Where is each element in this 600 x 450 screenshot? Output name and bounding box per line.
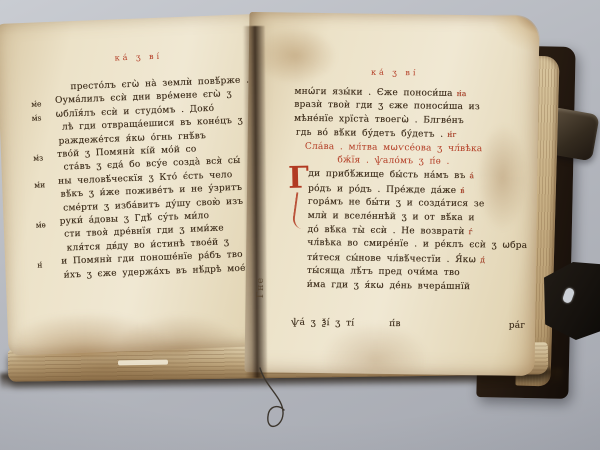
rubric-text: бж́їя . ѱало́мъ ʒ п́ѳ . <box>337 155 449 167</box>
left-page-text: престо́лъ єгѡ̀ на̀ землѝ повѣ́рже .м́еОу… <box>54 74 262 283</box>
line-text: гора́мъ не бы́ти ʒ и созда́тися зе <box>308 197 485 209</box>
rubric-block: Сла́ва . мл́тва мѡѵсе́ова ʒ чл́вѣкабж́їя… <box>293 140 493 170</box>
text-line: и́ма гди ʒ я́кѡ де́нь вчера́шнїй <box>307 279 492 295</box>
clasp-slot <box>562 287 576 304</box>
paper-sliver <box>118 360 168 366</box>
loose-thread <box>238 360 308 440</box>
gutter-inscription: Гне <box>255 277 266 298</box>
line-text: чл́вѣка во смире́нїе . и ре́клъ єсѝ ʒ ѡб… <box>307 238 527 251</box>
line-text: мѣне́нїе хрїста̀ твоегѡ̀ . Блгве́нъ <box>294 113 464 125</box>
folio-footer: ѱа́ ʒ ѯі́ ʒ ті́ п́в ра́г <box>291 317 507 334</box>
margin-verse-number: м́з <box>33 151 43 165</box>
line-text: до́ вѣ́ка ты̀ єсѝ . Не возвратѝ <box>307 225 464 237</box>
line-text: ди прибѣ́жище бы́сть на́мъ въ <box>308 169 465 181</box>
rubric-text: Сла́ва . мл́тва мѡѵсе́ова ʒ чл́вѣка <box>305 141 483 153</box>
margin-verse-number: м́ѳ <box>36 218 46 232</box>
footer-quire-mark: п́в <box>389 318 401 332</box>
margin-verse-number: н́ <box>37 259 43 273</box>
ornate-initial-letter: Г <box>288 164 310 194</box>
footer-psalm-marks: ѱа́ ʒ ѯі́ ʒ ті́ <box>291 317 354 331</box>
line-text: мнѡ́ги язы́ки . Єже поноси́ша <box>294 87 452 99</box>
left-page: ка́ ʒ ві́ престо́лъ єгѡ̀ на̀ землѝ повѣ́… <box>0 14 281 356</box>
photograph-open-psalter: ка́ ʒ ві́ престо́лъ єгѡ̀ на̀ землѝ повѣ́… <box>0 0 600 450</box>
margin-verse-number: м́е <box>31 98 42 112</box>
psalm-88-end-block: мнѡ́ги язы́ки . Єже поноси́шан́авразѝ тв… <box>294 85 495 143</box>
line-text: вразѝ твоѝ гди ʒ єже поноси́ша из <box>294 100 480 113</box>
line-text: млѝ и вселе́ннѣй ʒ и от вѣ́ка и <box>308 210 475 222</box>
inline-verse-number: ѓ <box>468 227 472 236</box>
psalm-89-lines: ди прибѣ́жище бы́сть на́мъ въа́ро́дъ и р… <box>307 167 494 294</box>
line-text: гдь во́ вѣ́ки бу́детъ бу́детъ . <box>296 128 444 140</box>
inline-verse-number: а́ <box>469 172 474 181</box>
kathisma-header-right: ка́ ʒ ві́ <box>295 67 495 79</box>
line-text: ти́теся сы́нове чл́вѣ́честїи . Я́кѡ <box>307 253 476 265</box>
margin-verse-number: м́ѕ <box>31 111 41 125</box>
right-page: ка́ ʒ ві́ мнѡ́ги язы́ки . Єже поноси́шан… <box>245 12 540 376</box>
inline-verse-number: в́ <box>460 186 465 195</box>
line-text: и́ма гди ʒ я́кѡ де́нь вчера́шнїй <box>307 280 471 292</box>
inline-verse-number: н́а <box>457 89 467 98</box>
line-text: ро́дъ и ро́дъ . Пре́жде да́же <box>308 184 456 196</box>
line-text: ты́сяща лѣ́тъ пред очи́ма тво <box>307 266 460 278</box>
inline-verse-number: д́ <box>480 255 485 264</box>
inline-verse-number: н́г <box>447 130 456 139</box>
margin-verse-number: м́и <box>34 178 45 192</box>
right-page-text: мнѡ́ги язы́ки . Єже поноси́шан́авразѝ тв… <box>292 85 495 295</box>
psalm-89-block: Г ди прибѣ́жище бы́сть на́мъ въа́ро́дъ и… <box>292 167 494 294</box>
kathisma-header-left: ка́ ʒ ві́ <box>53 49 223 65</box>
footer-folio-number: ра́г <box>509 320 526 334</box>
